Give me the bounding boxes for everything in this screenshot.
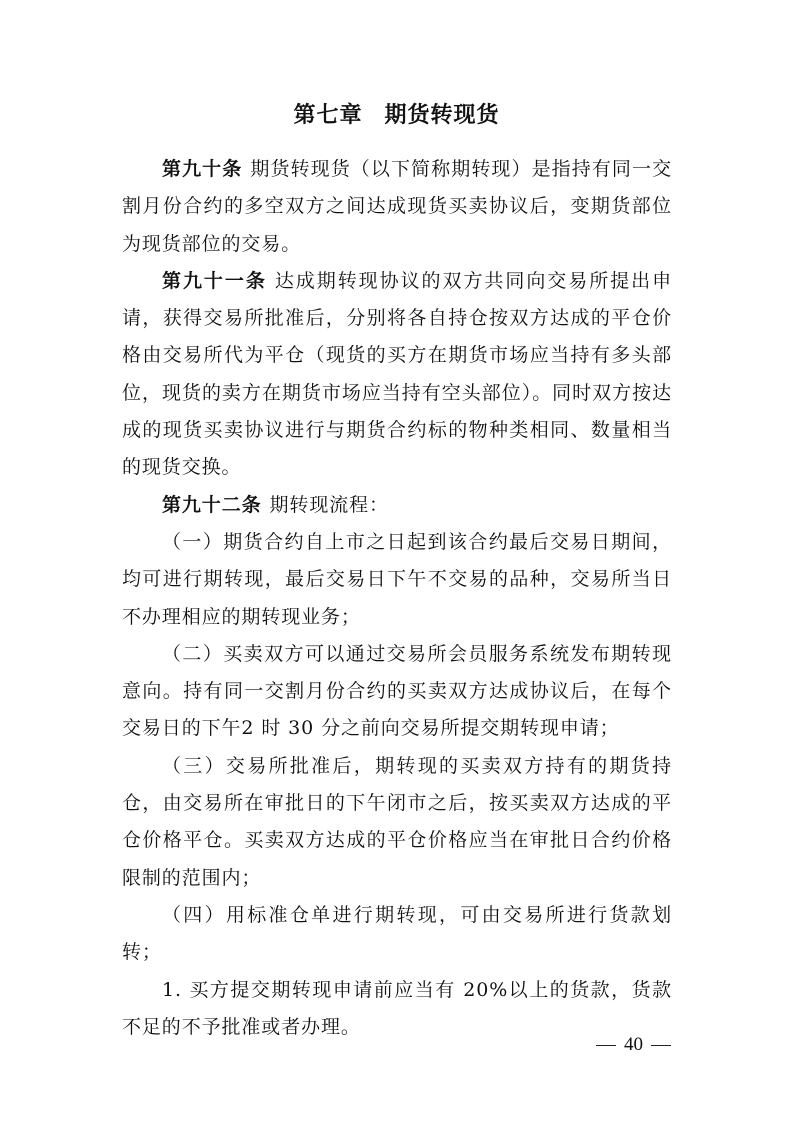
dash-right [651, 1045, 671, 1046]
chapter-number: 第七章 [293, 103, 362, 128]
dash-left [596, 1045, 616, 1046]
article-91: 第九十一条达成期转现协议的双方共同向交易所提出申请，获得交易所批准后，分别将各自… [122, 263, 672, 487]
article-text: 达成期转现协议的双方共同向交易所提出申请，获得交易所批准后，分别将各自持仓按双方… [122, 270, 672, 478]
clause-3: （三）交易所批准后，期转现的买卖双方持有的期货持仓，由交易所在审批日的下午闭市之… [122, 748, 672, 897]
clause-1: （一）期货合约自上市之日起到该合约最后交易日期间，均可进行期转现，最后交易日下午… [122, 524, 672, 636]
page-number-value: 40 [624, 1034, 643, 1055]
article-90: 第九十条期货转现货（以下简称期转现）是指持有同一交割月份合约的多空双方之间达成现… [122, 151, 672, 263]
clause-2: （二）买卖双方可以通过交易所会员服务系统发布期转现意向。持有同一交割月份合约的买… [122, 636, 672, 748]
document-page: 第七章期货转现货 第九十条期货转现货（以下简称期转现）是指持有同一交割月份合约的… [0, 0, 793, 1122]
chapter-name: 期货转现货 [385, 103, 500, 128]
page-number: 40 [596, 1033, 671, 1057]
clause-4: （四）用标准仓单进行期转现，可由交易所进行货款划转； [122, 897, 672, 972]
article-label: 第九十一条 [162, 270, 267, 292]
article-label: 第九十二条 [162, 494, 262, 516]
article-label: 第九十条 [162, 158, 242, 180]
chapter-title: 第七章期货转现货 [0, 100, 793, 132]
article-text: 期转现流程： [270, 494, 389, 516]
article-92: 第九十二条期转现流程： [122, 487, 672, 524]
sub-clause-1: 1. 买方提交期转现申请前应当有 20%以上的货款，货款不足的不予批准或者办理。 [122, 972, 672, 1047]
chapter-body: 第九十条期货转现货（以下简称期转现）是指持有同一交割月份合约的多空双方之间达成现… [122, 151, 672, 1046]
